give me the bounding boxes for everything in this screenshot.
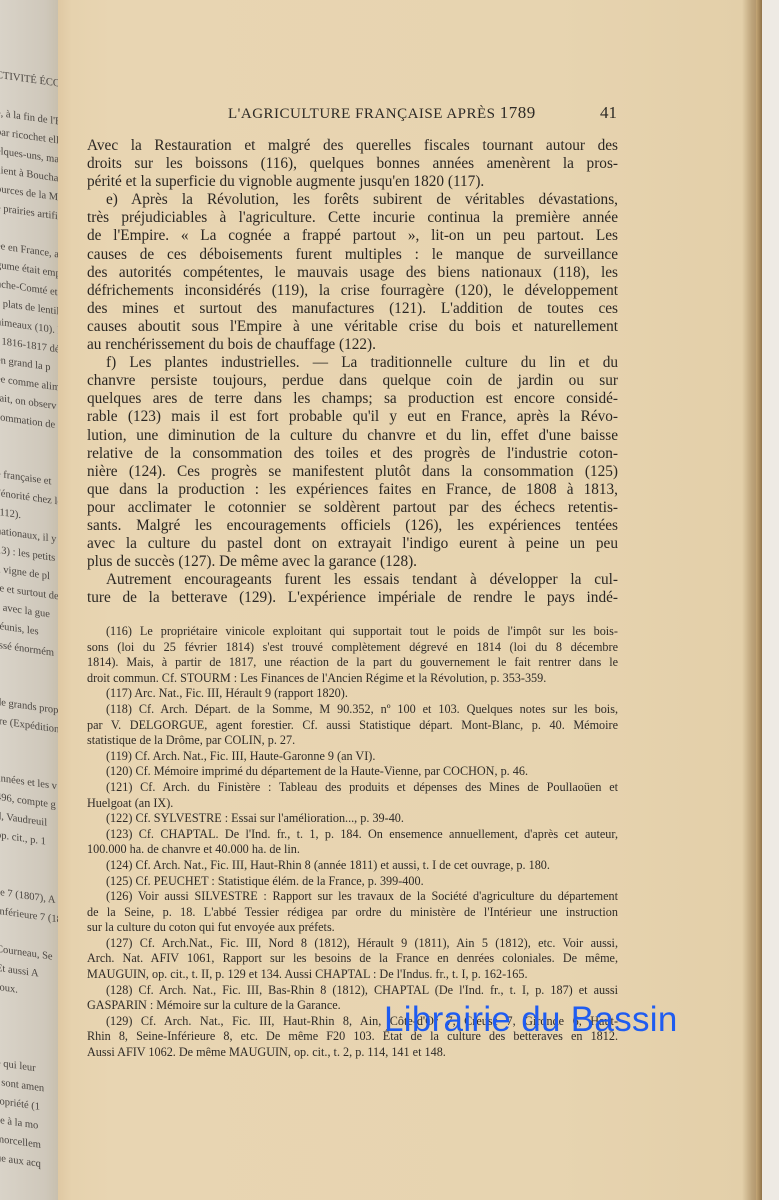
body-line: chanvre persiste toujours, perdue dans q… (87, 372, 618, 390)
body-line: e) Après la Révolution, les forêts subir… (87, 191, 618, 209)
watermark: Librairie du Bassin (384, 1000, 678, 1040)
body-line: pour acclimater le cotonnier se soldèren… (87, 499, 618, 517)
body-line: quelques ares de terre dans les champs; … (87, 390, 618, 408)
body-line: Autrement encourageants furent les essai… (87, 571, 618, 589)
footnote-line: (128) Cf. Arch. Nat., Fic. III, Bas-Rhin… (87, 983, 618, 999)
footnote-line: (119) Cf. Arch. Nat., Fic. III, Haute-Ga… (87, 749, 618, 765)
body-line: très préjudiciables à l'agriculture. Cet… (87, 209, 618, 227)
body-line: ture de la betterave (129). L'expérience… (87, 589, 618, 607)
body-line: que dans la production : les expériences… (87, 481, 618, 499)
footnote-line: Huelgoat (an IX). (87, 796, 618, 812)
running-head-year: 1789 (500, 103, 536, 122)
body-line: plus de succès (127). De même avec la ga… (87, 553, 618, 571)
footnote-line: (117) Arc. Nat., Fic. III, Hérault 9 (ra… (87, 686, 618, 702)
footnote-line: statistique de la Drôme, par COLIN, p. 2… (87, 733, 618, 749)
footnote-line: (116) Le propriétaire vinicole exploitan… (87, 624, 618, 640)
footnote-line: (127) Cf. Arch.Nat., Fic. III, Nord 8 (1… (87, 936, 618, 952)
body-text: Avec la Restauration et malgré des quere… (87, 137, 618, 607)
body-line: des mines et surtout des manufactures (1… (87, 300, 618, 318)
body-line: Avec la Restauration et malgré des quere… (87, 137, 618, 155)
body-line: des autorités compétentes, le mauvais us… (87, 264, 618, 282)
body-line: causes aboutit sous l'Empire à une vérit… (87, 318, 618, 336)
body-line: f) Les plantes industrielles. — La tradi… (87, 354, 618, 372)
running-head-title: L'AGRICULTURE FRANÇAISE APRÈS (228, 106, 496, 122)
body-line: sants. Malgré les encouragements officie… (87, 517, 618, 535)
footnote-line: (121) Cf. Arch. du Finistère : Tableau d… (87, 780, 618, 796)
body-line: périté et la superficie du vignoble augm… (87, 173, 618, 191)
footnote-line: (125) Cf. PEUCHET : Statistique élém. de… (87, 874, 618, 890)
running-head: L'AGRICULTURE FRANÇAISE APRÈS 1789 (228, 103, 536, 123)
body-line: droits sur les boissons (116), quelques … (87, 155, 618, 173)
body-line: lution, une diminution de la culture du … (87, 427, 618, 445)
footnote-line: sur la culture du coton qui fut envoyée … (87, 920, 618, 936)
book-photo: CTIVITÉ ÉCONOMIQe, à la fin de l'Empar r… (0, 0, 779, 1200)
body-line: défrichements inconsidérés (119), la cri… (87, 282, 618, 300)
body-line: avec la culture du pastel dont on extray… (87, 535, 618, 553)
body-line: causes de ces déboisements furent multip… (87, 246, 618, 264)
footnote-line: Aussi AFIV 1062. De même MAUGUIN, op. ci… (87, 1045, 618, 1061)
body-line: nière (124). Ces progrès se manifestent … (87, 463, 618, 481)
facing-page: CTIVITÉ ÉCONOMIQe, à la fin de l'Empar r… (0, 0, 58, 1200)
body-line: rable (123) mais il est fort probable qu… (87, 408, 618, 426)
body-line: relative de la consommation des toiles e… (87, 445, 618, 463)
footnote-line: (122) Cf. SYLVESTRE : Essai sur l'amélio… (87, 811, 618, 827)
footnote-line: 1814). Mais, à partir de 1817, une réact… (87, 655, 618, 671)
footnote-line: Arch. Nat. AFIV 1061, Rapport sur les be… (87, 951, 618, 967)
footnote-line: 100.000 ha. de chanvre et 40.000 ha. de … (87, 842, 618, 858)
footnote-line: MAUGUIN, op. cit., t. II, p. 129 et 134.… (87, 967, 618, 983)
footnote-line: de la Seine, p. 18. L'abbé Tessier rédig… (87, 905, 618, 921)
footnote-line: (120) Cf. Mémoire imprimé du département… (87, 764, 618, 780)
page-number: 41 (600, 103, 617, 123)
body-line: au renchérissement du bois de chauffage … (87, 336, 618, 354)
footnote-line: sons (loi du 25 février 1814) s'est trou… (87, 640, 618, 656)
footnote-line: (123) Cf. CHAPTAL. De l'Ind. fr., t. 1, … (87, 827, 618, 843)
body-line: de l'Empire. « La cognée a frappé partou… (87, 227, 618, 245)
footnote-line: (124) Cf. Arch. Nat., Fic. III, Haut-Rhi… (87, 858, 618, 874)
page-edge (756, 0, 762, 1200)
footnotes: (116) Le propriétaire vinicole exploitan… (87, 624, 618, 1061)
footnote-line: (118) Cf. Arch. Départ. de la Somme, M 9… (87, 702, 618, 718)
facing-page-text: CTIVITÉ ÉCONOMIQe, à la fin de l'Empar r… (0, 66, 58, 1177)
footnote-line: droit commun. Cf. STOURM : Les Finances … (87, 671, 618, 687)
footnote-line: par V. DELGORGUE, agent forestier. Cf. a… (87, 718, 618, 734)
footnote-line: (126) Voir aussi SILVESTRE : Rapport sur… (87, 889, 618, 905)
